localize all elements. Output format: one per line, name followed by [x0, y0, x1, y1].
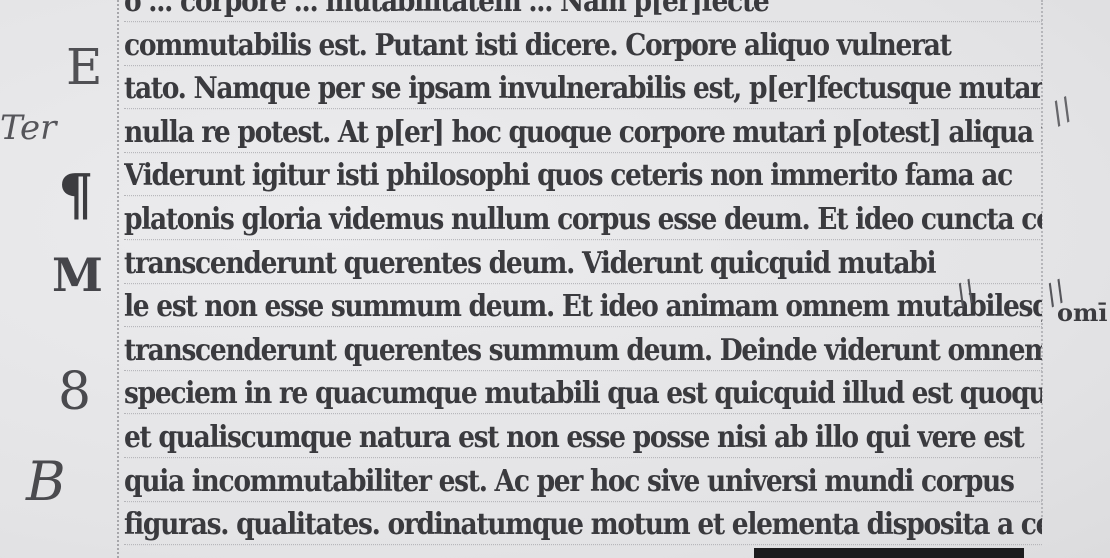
text-line: platonis gloria videmus nullum corpus es…: [124, 195, 1042, 244]
manuscript-page: o ... corpore ... mutabilitatem ... Nam …: [0, 0, 1110, 558]
text-line: quia incommutabiliter est. Ac per hoc si…: [124, 457, 1042, 506]
margin-initial-8: 8: [58, 362, 91, 422]
text-line: tato. Namque per se ipsam invulnerabilis…: [124, 65, 1042, 114]
margin-initial-b: B: [26, 450, 66, 513]
scan-edge-bar: [754, 548, 1024, 558]
margin-note-left: Ter: [0, 108, 56, 148]
text-block: o ... corpore ... mutabilitatem ... Nam …: [124, 0, 1042, 547]
text-line: nulla re potest. At p[er] hoc quoque cor…: [124, 108, 1042, 157]
text-line: figuras. qualitates. ordinatumque motum …: [124, 501, 1042, 550]
margin-note-right: omī: [1057, 298, 1108, 327]
text-line: Viderunt igitur isti philosophi quos cet…: [124, 152, 1042, 201]
pilcrow-icon: ¶: [58, 162, 94, 228]
text-line: commutabilis est. Putant isti dicere. Co…: [124, 21, 1042, 70]
text-line: speciem in re quacumque mutabili qua est…: [124, 370, 1042, 419]
margin-initial-m: M: [52, 248, 99, 302]
margin-initial-e: E: [66, 38, 103, 96]
text-line: le est non esse summum deum. Et ideo ani…: [124, 283, 1042, 332]
text-line: et qualiscumque natura est non esse poss…: [124, 413, 1042, 462]
left-ruling-line: [117, 0, 119, 558]
margin-correction-mark: //: [1046, 91, 1079, 131]
text-line: transcenderunt querentes summum deum. De…: [124, 326, 1042, 375]
text-line: transcenderunt querentes deum. Viderunt …: [124, 239, 1042, 288]
